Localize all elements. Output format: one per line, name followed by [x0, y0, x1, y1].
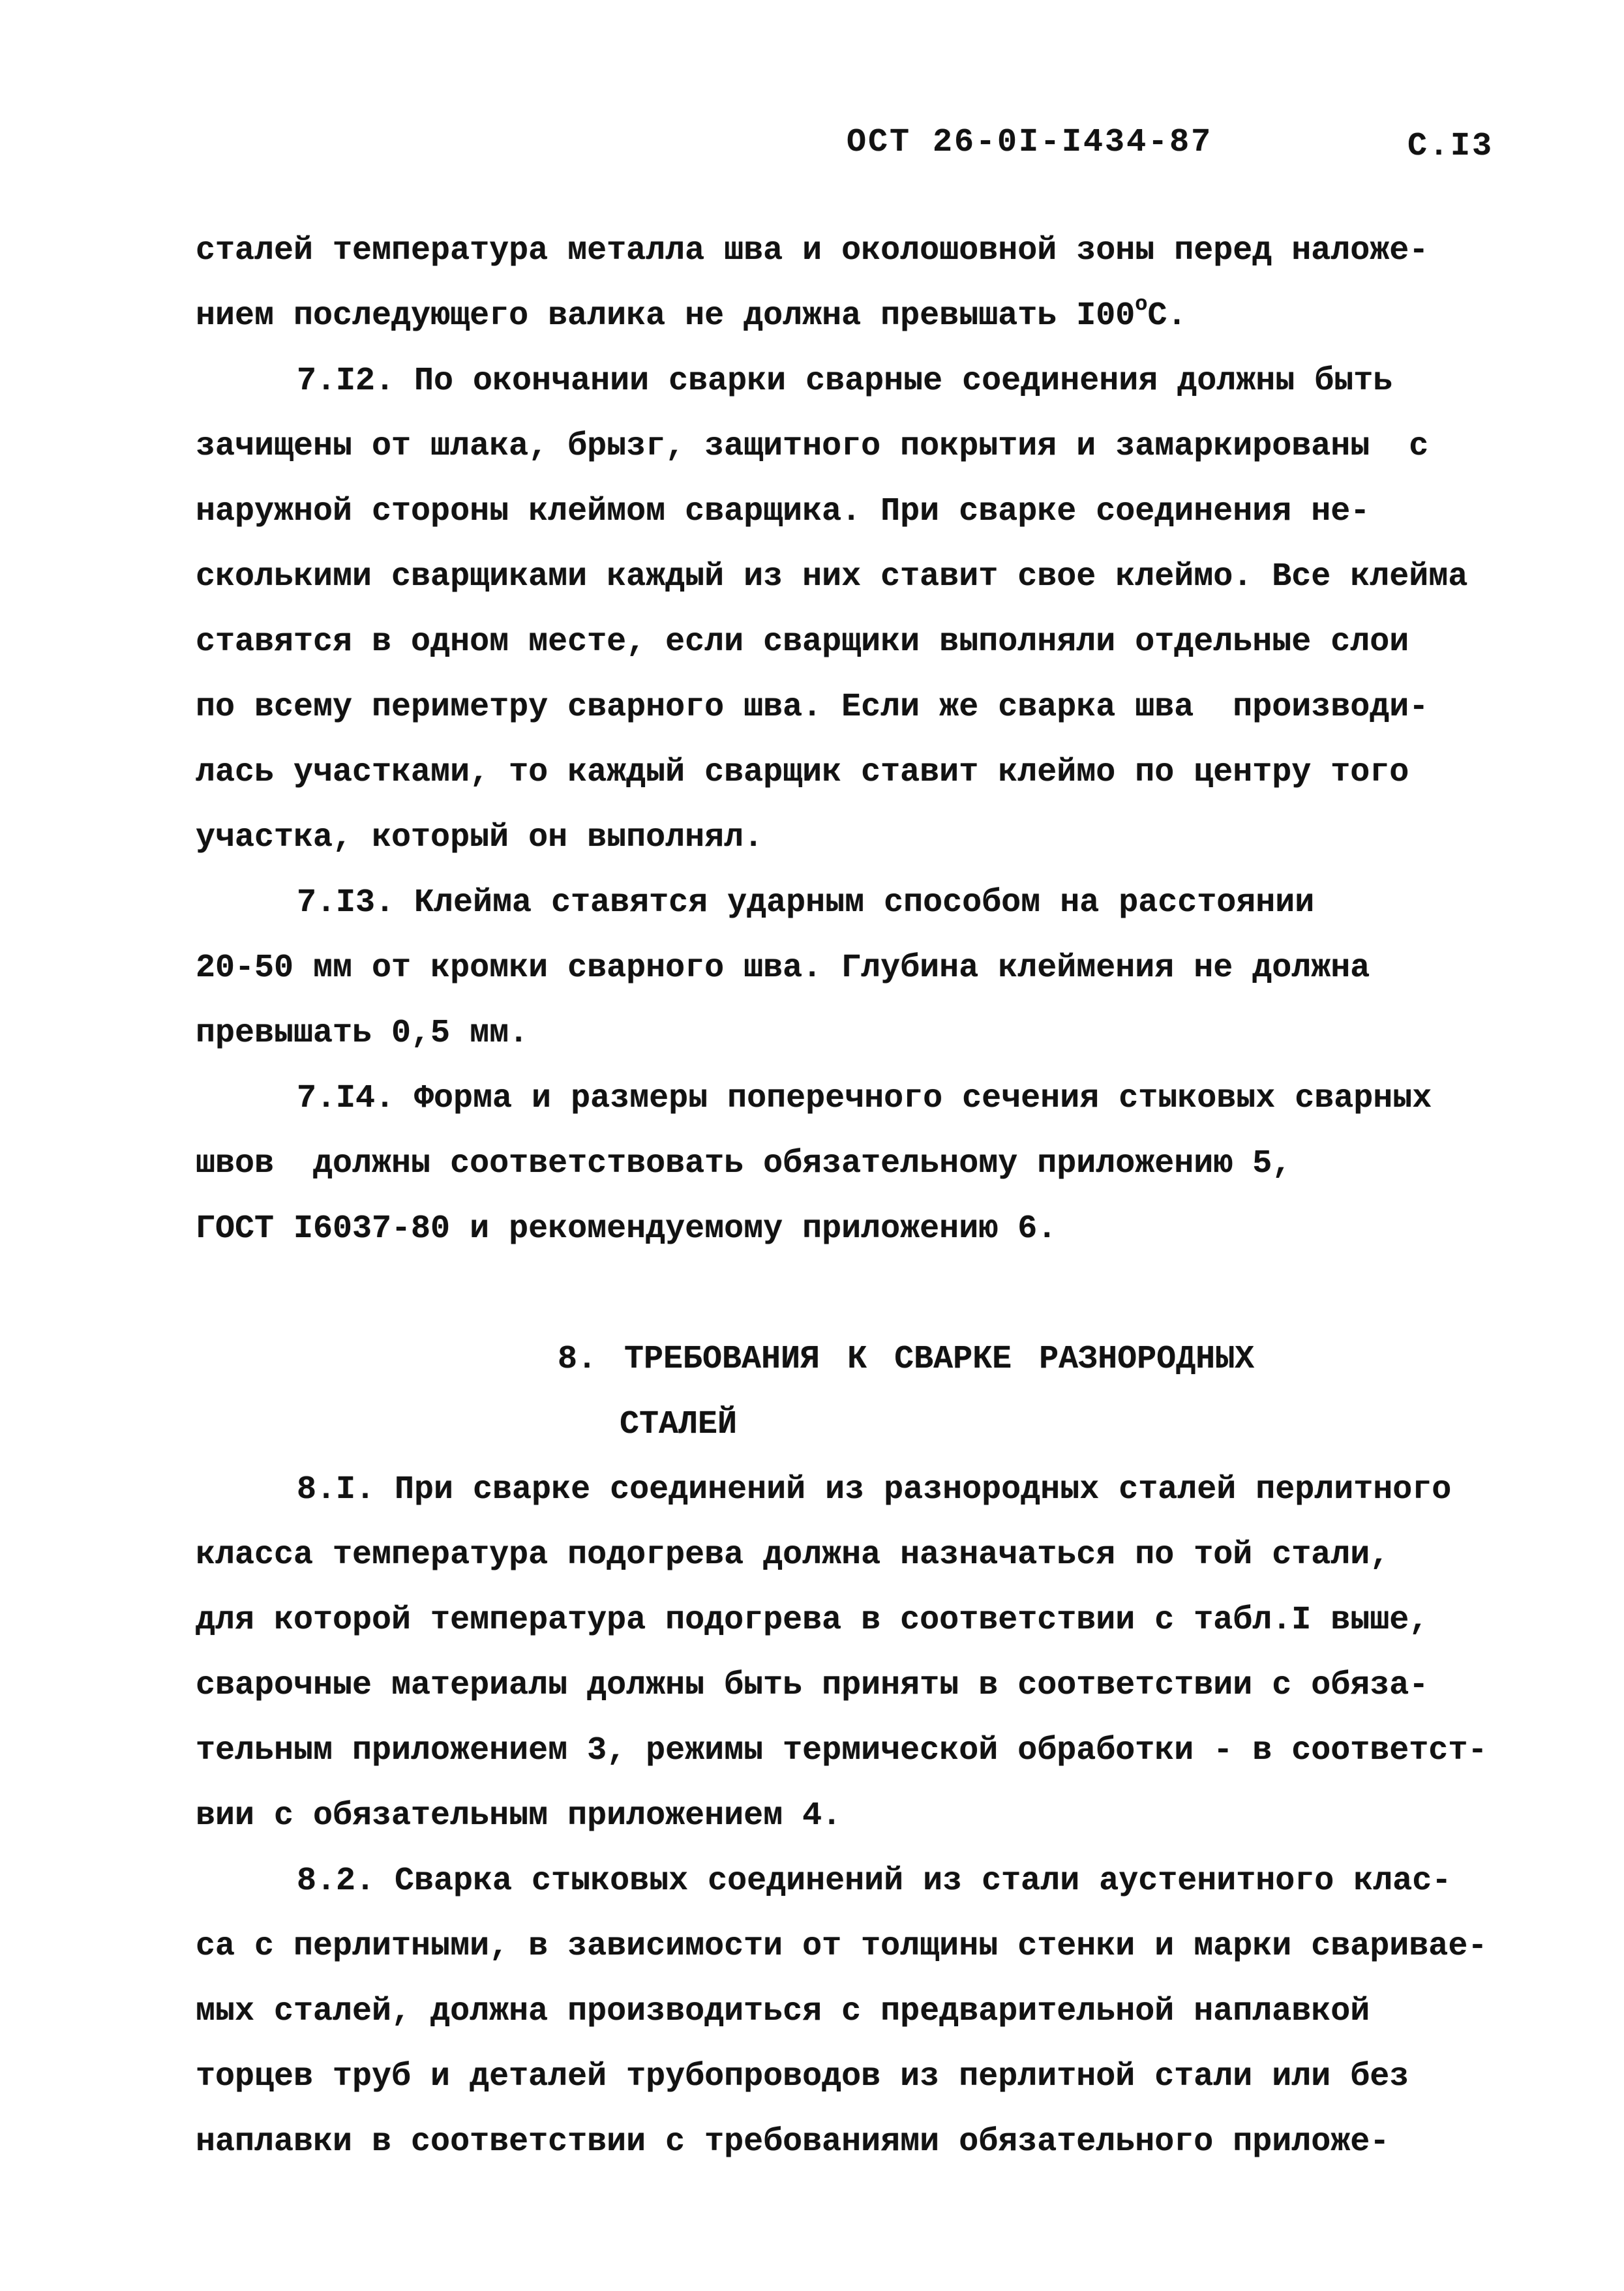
page-number: С.I3 — [1407, 128, 1494, 165]
text-line: 20-50 мм от кромки сварного шва. Глубина… — [196, 936, 1526, 1001]
text-line: 8.I. При сварке соединений из разнородны… — [196, 1458, 1526, 1523]
document-page: ОСТ 26-0I-I434-87 С.I3 сталей температур… — [0, 0, 1624, 2291]
spacer-row — [196, 1262, 1526, 1327]
text-line: наружной стороны клеймом сварщика. При с… — [196, 479, 1526, 545]
doc-number: ОСТ 26-0I-I434-87 — [847, 124, 1212, 161]
text-line: участка, который он выполнял. — [196, 805, 1526, 871]
text-line: швов должны соответствовать обязательном… — [196, 1131, 1526, 1197]
text-line: зачищены от шлака, брызг, защитного покр… — [196, 414, 1526, 479]
text-line: вии с обязательным приложением 4. — [196, 1784, 1526, 1849]
text-line: для которой температура подогрева в соот… — [196, 1588, 1526, 1653]
text-line: наплавки в соответствии с требованиями о… — [196, 2110, 1526, 2175]
text-line: сколькими сварщиками каждый из них стави… — [196, 545, 1526, 610]
document-text-block: сталей температура металла шва и околошо… — [196, 218, 1526, 2175]
text-line: 8.2. Сварка стыковых соединений из стали… — [196, 1849, 1526, 1914]
section-heading-line: СТАЛЕЙ — [196, 1392, 1526, 1458]
text-line: ГОСТ I6037-80 и рекомендуемому приложени… — [196, 1197, 1526, 1262]
text-line: по всему периметру сварного шва. Если же… — [196, 675, 1526, 740]
text-line: сталей температура металла шва и околошо… — [196, 218, 1526, 284]
text-line: лась участками, то каждый сварщик ставит… — [196, 740, 1526, 805]
text-line: класса температура подогрева должна назн… — [196, 1523, 1526, 1588]
text-line: са с перлитными, в зависимости от толщин… — [196, 1914, 1526, 1979]
text-line: 7.I2. По окончании сварки сварные соедин… — [196, 349, 1526, 414]
section-heading-line: 8. ТРЕБОВАНИЯ К СВАРКЕ РАЗНОРОДНЫХ — [196, 1327, 1526, 1392]
text-line: мых сталей, должна производиться с предв… — [196, 1979, 1526, 2044]
text-line: торцев труб и деталей трубопроводов из п… — [196, 2044, 1526, 2110]
text-line: превышать 0,5 мм. — [196, 1001, 1526, 1066]
text-line: 7.I3. Клейма ставятся ударным способом н… — [196, 871, 1526, 936]
text-line: нием последующего валика не должна превы… — [196, 284, 1526, 349]
text-line: тельным приложением 3, режимы термическо… — [196, 1718, 1526, 1784]
text-line: 7.I4. Форма и размеры поперечного сечени… — [196, 1066, 1526, 1131]
text-line: сварочные материалы должны быть приняты … — [196, 1653, 1526, 1718]
text-line: ставятся в одном месте, если сварщики вы… — [196, 610, 1526, 675]
